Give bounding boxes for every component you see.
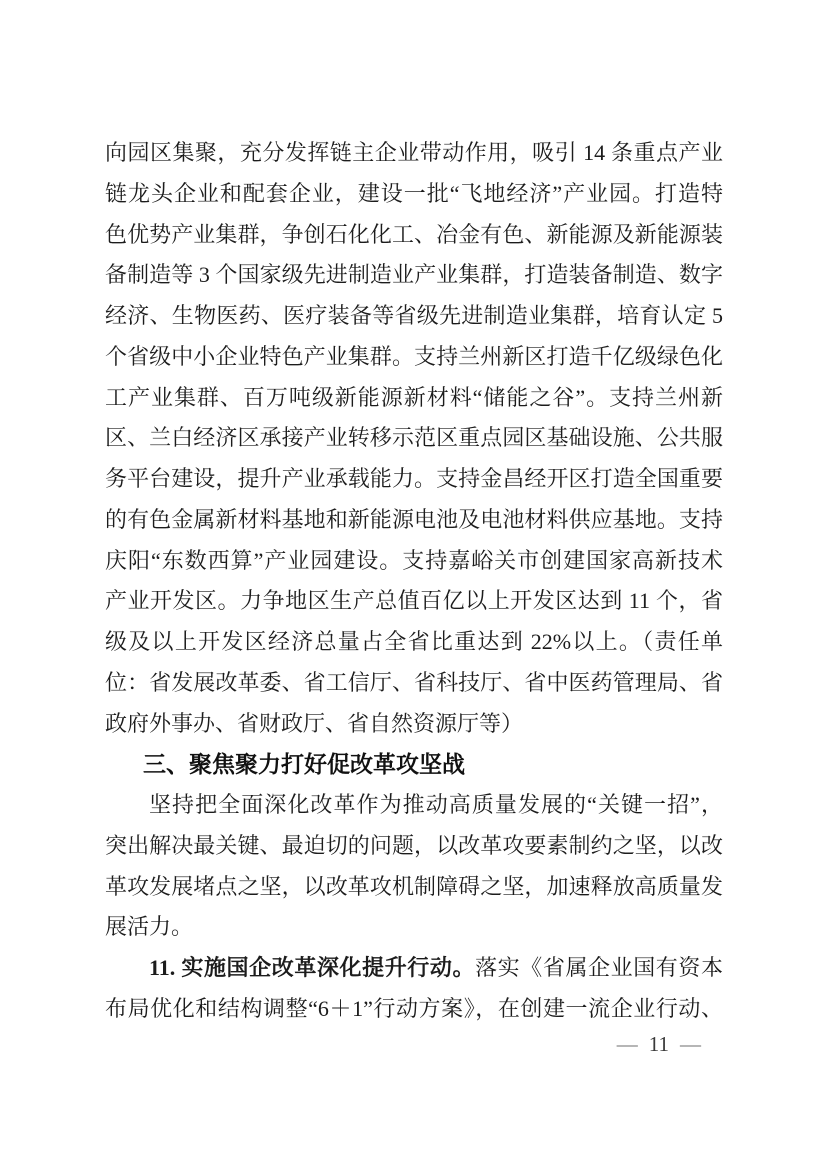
body-text: 的有色金属新材料基地和新能源电池及电池材料供应基地。支持 <box>105 507 723 532</box>
body-text: 位：省发展改革委、省工信厅、省科技厅、省中医药管理局、省 <box>105 670 723 695</box>
text-line: 展活力。 <box>105 907 723 948</box>
text-line: 向园区集聚，充分发挥链主企业带动作用，吸引 14 条重点产业 <box>105 133 723 174</box>
text-line: 庆阳“东数西算”产业园建设。支持嘉峪关市创建国家高新技术 <box>105 541 723 582</box>
text-line: 区、兰白经济区承接产业转移示范区重点园区基础设施、公共服 <box>105 418 723 459</box>
text-line: 突出解决最关键、最迫切的问题，以改革攻要素制约之坚，以改 <box>105 826 723 867</box>
text-line: 链龙头企业和配套企业，建设一批“飞地经济”产业园。打造特 <box>105 174 723 215</box>
body-text: 落实《省属企业国有资本 <box>475 955 723 980</box>
text-line: 务平台建设，提升产业承载能力。支持金昌经开区打造全国重要 <box>105 459 723 500</box>
text-line: 位：省发展改革委、省工信厅、省科技厅、省中医药管理局、省 <box>105 663 723 704</box>
body-text: 布局优化和结构调整“6＋1”行动方案》，在创建一流企业行动、 <box>105 996 723 1021</box>
page-number-dash-right: — <box>680 1032 701 1056</box>
body-text: 经济、生物医药、医疗装备等省级先进制造业集群，培育认定 5 <box>105 303 723 328</box>
page-number-value: 11 <box>649 1032 669 1056</box>
body-text: 突出解决最关键、最迫切的问题，以改革攻要素制约之坚，以改 <box>105 833 723 858</box>
body-text: 工产业集群、百万吨级新能源新材料“储能之谷”。支持兰州新 <box>105 385 723 410</box>
emphasis-text: 11. 实施国企改革深化提升行动。 <box>149 955 475 980</box>
page-number: —11— <box>617 1031 701 1057</box>
section-heading: 三、聚焦聚力打好促改革攻坚战 <box>105 744 723 785</box>
body-text: 革攻发展堵点之坚，以改革攻机制障碍之坚，加速释放高质量发 <box>105 874 723 899</box>
text-line: 经济、生物医药、医疗装备等省级先进制造业集群，培育认定 5 <box>105 296 723 337</box>
text-line: 政府外事办、省财政厅、省自然资源厅等） <box>105 704 723 745</box>
body-text: 展活力。 <box>105 914 193 939</box>
text-line: 坚持把全面深化改革作为推动高质量发展的“关键一招”， <box>105 785 723 826</box>
body-text: 向园区集聚，充分发挥链主企业带动作用，吸引 14 条重点产业 <box>105 140 723 165</box>
text-line: 的有色金属新材料基地和新能源电池及电池材料供应基地。支持 <box>105 500 723 541</box>
text-line: 11. 实施国企改革深化提升行动。落实《省属企业国有资本 <box>105 948 723 989</box>
text-line: 备制造等 3 个国家级先进制造业产业集群，打造装备制造、数字 <box>105 255 723 296</box>
emphasis-text: 三、聚焦聚力打好促改革攻坚战 <box>143 751 465 777</box>
text-line: 革攻发展堵点之坚，以改革攻机制障碍之坚，加速释放高质量发 <box>105 867 723 908</box>
text-line: 工产业集群、百万吨级新能源新材料“储能之谷”。支持兰州新 <box>105 378 723 419</box>
body-text: 个省级中小企业特色产业集群。支持兰州新区打造千亿级绿色化 <box>105 344 723 369</box>
text-line: 色优势产业集群，争创石化化工、冶金有色、新能源及新能源装 <box>105 215 723 256</box>
body-text: 备制造等 3 个国家级先进制造业产业集群，打造装备制造、数字 <box>105 262 723 287</box>
document-page: 向园区集聚，充分发挥链主企业带动作用，吸引 14 条重点产业链龙头企业和配套企业… <box>0 0 827 1169</box>
body-text: 产业开发区。力争地区生产总值百亿以上开发区达到 11 个，省 <box>105 588 723 613</box>
body-text: 色优势产业集群，争创石化化工、冶金有色、新能源及新能源装 <box>105 222 723 247</box>
body-text: 坚持把全面深化改革作为推动高质量发展的“关键一招”， <box>149 792 723 817</box>
body-text: 区、兰白经济区承接产业转移示范区重点园区基础设施、公共服 <box>105 425 723 450</box>
text-line: 布局优化和结构调整“6＋1”行动方案》，在创建一流企业行动、 <box>105 989 723 1030</box>
document-body: 向园区集聚，充分发挥链主企业带动作用，吸引 14 条重点产业链龙头企业和配套企业… <box>105 133 723 1030</box>
body-text: 政府外事办、省财政厅、省自然资源厅等） <box>105 711 523 736</box>
page-number-dash-left: — <box>617 1032 638 1056</box>
text-line: 级及以上开发区经济总量占全省比重达到 22%以上。（责任单 <box>105 622 723 663</box>
body-text: 级及以上开发区经济总量占全省比重达到 22%以上。（责任单 <box>105 629 723 654</box>
body-text: 庆阳“东数西算”产业园建设。支持嘉峪关市创建国家高新技术 <box>105 548 723 573</box>
text-line: 个省级中小企业特色产业集群。支持兰州新区打造千亿级绿色化 <box>105 337 723 378</box>
text-line: 产业开发区。力争地区生产总值百亿以上开发区达到 11 个，省 <box>105 581 723 622</box>
body-text: 务平台建设，提升产业承载能力。支持金昌经开区打造全国重要 <box>105 466 723 491</box>
body-text: 链龙头企业和配套企业，建设一批“飞地经济”产业园。打造特 <box>105 181 723 206</box>
